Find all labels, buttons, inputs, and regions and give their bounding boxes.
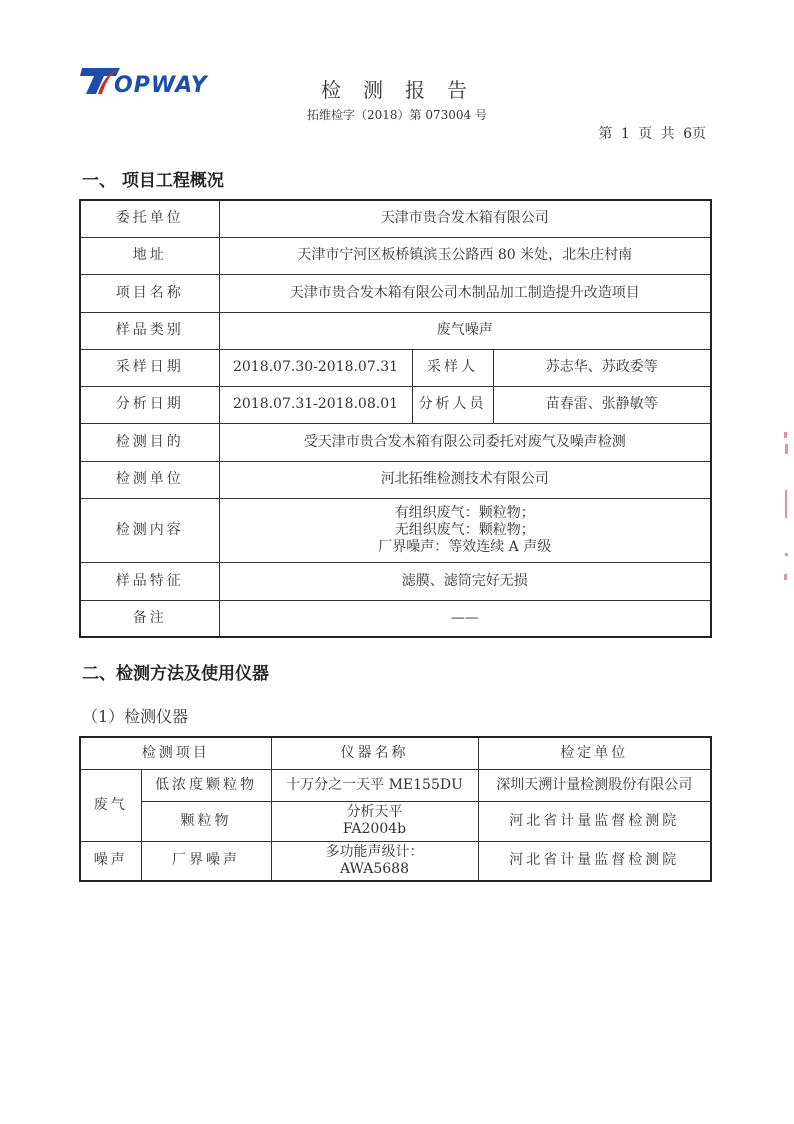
- row-label: 检测目的: [80, 423, 219, 461]
- item-cell: 颗粒物: [141, 801, 271, 841]
- instrument-line: FA2004b: [272, 821, 478, 838]
- row-label: 委托单位: [80, 200, 219, 237]
- row-label: 检测单位: [80, 461, 219, 498]
- purpose-value: 受天津市贵合发木箱有限公司委托对废气及噪声检测: [219, 423, 711, 461]
- project-name-value: 天津市贵合发木箱有限公司木制品加工制造提升改造项目: [219, 274, 711, 312]
- row-label: 地址: [80, 237, 219, 274]
- instruments-table: 检测项目 仪器名称 检定单位 废气 低浓度颗粒物 十万分之一天平 ME155DU…: [79, 736, 712, 882]
- agency-cell: 河北省计量监督检测院: [478, 801, 711, 841]
- agency-cell: 河北省计量监督检测院: [478, 841, 711, 881]
- seal-mark: [785, 444, 788, 454]
- table-row: 委托单位 天津市贵合发木箱有限公司: [80, 200, 711, 237]
- testing-unit-value: 河北拓维检测技术有限公司: [219, 461, 711, 498]
- seal-mark: [785, 553, 788, 556]
- seal-mark: [785, 490, 787, 518]
- row-label: 样品特征: [80, 562, 219, 600]
- report-title: 检测报告: [0, 74, 794, 103]
- category-cell: 废气: [80, 769, 141, 841]
- sampler-value: 苏志华、苏政委等: [493, 349, 711, 386]
- sampler-label: 采样人: [412, 349, 493, 386]
- table-header-row: 检测项目 仪器名称 检定单位: [80, 737, 711, 769]
- instrument-cell: 分析天平 FA2004b: [271, 801, 478, 841]
- agency-cell: 深圳天溯计量检测股份有限公司: [478, 769, 711, 801]
- project-overview-table: 委托单位 天津市贵合发木箱有限公司 地址 天津市宁河区板桥镇滨玉公路西 80 米…: [79, 199, 712, 638]
- testing-content-value: 有组织废气：颗粒物； 无组织废气：颗粒物； 厂界噪声：等效连续 A 声级: [219, 498, 711, 562]
- table-row: 检测内容 有组织废气：颗粒物； 无组织废气：颗粒物； 厂界噪声：等效连续 A 声…: [80, 498, 711, 562]
- table-row: 样品类别 废气噪声: [80, 312, 711, 349]
- sample-features-value: 滤膜、滤筒完好无损: [219, 562, 711, 600]
- section-heading-project-overview: 一、 项目工程概况: [82, 166, 224, 191]
- category-cell: 噪声: [80, 841, 141, 881]
- header-agency: 检定单位: [478, 737, 711, 769]
- header-instrument: 仪器名称: [271, 737, 478, 769]
- row-label: 采样日期: [80, 349, 219, 386]
- subheading-instruments: （1）检测仪器: [82, 704, 188, 727]
- report-number: 拓维检字（2018）第 073004 号: [0, 106, 794, 123]
- row-label: 备注: [80, 600, 219, 637]
- sampling-date-value: 2018.07.30-2018.07.31: [219, 349, 412, 386]
- instrument-cell: 十万分之一天平 ME155DU: [271, 769, 478, 801]
- content-line: 无组织废气：颗粒物；: [220, 522, 711, 539]
- row-label: 样品类别: [80, 312, 219, 349]
- item-cell: 厂界噪声: [141, 841, 271, 881]
- analysis-date-value: 2018.07.31-2018.08.01: [219, 386, 412, 423]
- instrument-line: 分析天平: [272, 804, 478, 821]
- section-heading-methods: 二、检测方法及使用仪器: [82, 659, 269, 684]
- instrument-line: 多功能声级计：: [272, 844, 478, 861]
- remarks-value: ——: [219, 600, 711, 637]
- row-label: 项目名称: [80, 274, 219, 312]
- table-row: 备注 ——: [80, 600, 711, 637]
- content-line: 有组织废气：颗粒物；: [220, 505, 711, 522]
- item-cell: 低浓度颗粒物: [141, 769, 271, 801]
- seal-mark: [784, 574, 787, 580]
- seal-mark: [784, 432, 787, 438]
- analyst-value: 苗春雷、张静敏等: [493, 386, 711, 423]
- table-row: 废气 低浓度颗粒物 十万分之一天平 ME155DU 深圳天溯计量检测股份有限公司: [80, 769, 711, 801]
- table-row: 地址 天津市宁河区板桥镇滨玉公路西 80 米处，北朱庄村南: [80, 237, 711, 274]
- page-indicator: 第 1 页 共 6页: [598, 123, 706, 143]
- sample-type-value: 废气噪声: [219, 312, 711, 349]
- table-row: 样品特征 滤膜、滤筒完好无损: [80, 562, 711, 600]
- table-row: 噪声 厂界噪声 多功能声级计： AWA5688 河北省计量监督检测院: [80, 841, 711, 881]
- table-row: 检测目的 受天津市贵合发木箱有限公司委托对废气及噪声检测: [80, 423, 711, 461]
- client-value: 天津市贵合发木箱有限公司: [219, 200, 711, 237]
- row-label: 检测内容: [80, 498, 219, 562]
- header-test-item: 检测项目: [80, 737, 271, 769]
- table-row: 采样日期 2018.07.30-2018.07.31 采样人 苏志华、苏政委等: [80, 349, 711, 386]
- table-row: 颗粒物 分析天平 FA2004b 河北省计量监督检测院: [80, 801, 711, 841]
- table-row: 检测单位 河北拓维检测技术有限公司: [80, 461, 711, 498]
- table-row: 项目名称 天津市贵合发木箱有限公司木制品加工制造提升改造项目: [80, 274, 711, 312]
- row-label: 分析日期: [80, 386, 219, 423]
- table-row: 分析日期 2018.07.31-2018.08.01 分析人员 苗春雷、张静敏等: [80, 386, 711, 423]
- instrument-cell: 多功能声级计： AWA5688: [271, 841, 478, 881]
- instrument-line: AWA5688: [272, 861, 478, 878]
- analyst-label: 分析人员: [412, 386, 493, 423]
- content-line: 厂界噪声：等效连续 A 声级: [220, 539, 711, 556]
- address-value: 天津市宁河区板桥镇滨玉公路西 80 米处，北朱庄村南: [219, 237, 711, 274]
